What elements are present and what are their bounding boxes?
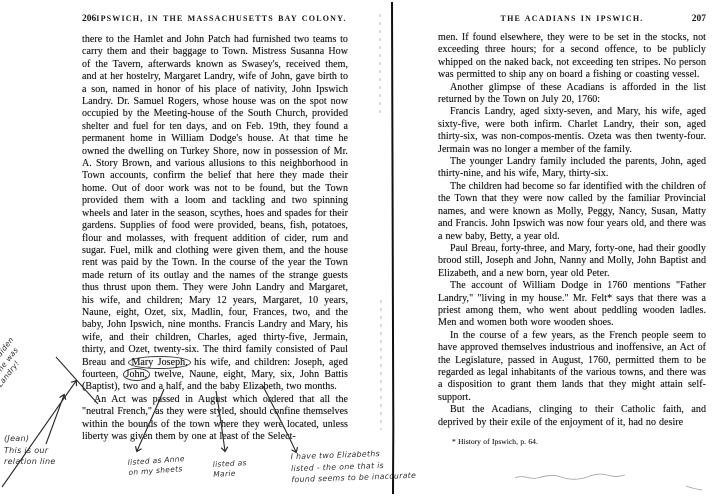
paragraph: Another glimpse of these Acadians is aff…	[438, 82, 706, 107]
marie-note-line: Marie	[213, 468, 247, 479]
left-running-title: IPSWICH, IN THE MASSACHUSETTS BAY COLONY…	[96, 14, 346, 23]
pencil-scribble	[515, 474, 702, 490]
left-page: 206 IPSWICH, IN THE MASSACHUSETTS BAY CO…	[82, 14, 348, 443]
circled-name-john: John,	[123, 368, 151, 381]
paragraph: The account of William Dodge in 1760 men…	[438, 280, 706, 330]
paragraph: Paul Breau, forty-three, and Mary, forty…	[438, 243, 706, 280]
paragraph: An Act was passed in August which ordere…	[82, 394, 348, 444]
handwritten-jean-note: (Jean) This is our relation line	[4, 433, 56, 468]
paragraph: The younger Landry family included the p…	[438, 156, 706, 181]
left-page-body: there to the Hamlet and John Patch had f…	[82, 34, 348, 443]
right-running-title: THE ACADIANS IN IPSWICH.	[468, 14, 676, 23]
right-page-number: 207	[676, 14, 706, 24]
handwritten-elizabeth-note: I have two Elizabeths listed - the one t…	[290, 447, 416, 486]
handwritten-margin-note: her maiden name was Landry!	[0, 335, 31, 389]
paragraph: Francis Landry, aged sixty-seven, and Ma…	[438, 106, 706, 156]
marie-note-line: listed as	[213, 458, 247, 469]
book-scan: 206 IPSWICH, IN THE MASSACHUSETTS BAY CO…	[0, 0, 720, 496]
gutter-line	[392, 2, 393, 494]
gutter-shadow-dashes	[380, 14, 381, 430]
paragraph: there to the Hamlet and John Patch had f…	[82, 34, 348, 394]
right-page: THE ACADIANS IN IPSWICH. 207 men. If fou…	[438, 14, 706, 446]
paragraph: men. If found elsewhere, they were to be…	[438, 32, 706, 82]
jean-note-line: This is our	[4, 445, 56, 457]
paragraph: The children had become so far identifie…	[438, 181, 706, 243]
footnote: * History of Ipswich, p. 64.	[452, 437, 706, 446]
paragraph: In the course of a few years, as the Fre…	[438, 330, 706, 404]
paragraph: But the Acadians, clinging to their Cath…	[438, 404, 706, 429]
jean-note-line: relation line	[4, 456, 56, 468]
handwritten-anne-note: listed as Anne on my sheets	[127, 454, 185, 477]
handwritten-marie-note: listed as Marie	[213, 458, 248, 479]
jean-note-line: (Jean)	[4, 433, 56, 445]
text-run: there to the Hamlet and John Patch had f…	[82, 34, 348, 368]
circled-name-mary-joseph: Mary Joseph,	[128, 356, 190, 369]
left-page-number: 206	[82, 14, 96, 24]
left-page-header: 206 IPSWICH, IN THE MASSACHUSETTS BAY CO…	[82, 14, 348, 24]
right-page-header: THE ACADIANS IN IPSWICH. 207	[438, 14, 706, 24]
right-page-body: men. If found elsewhere, they were to be…	[438, 32, 706, 446]
